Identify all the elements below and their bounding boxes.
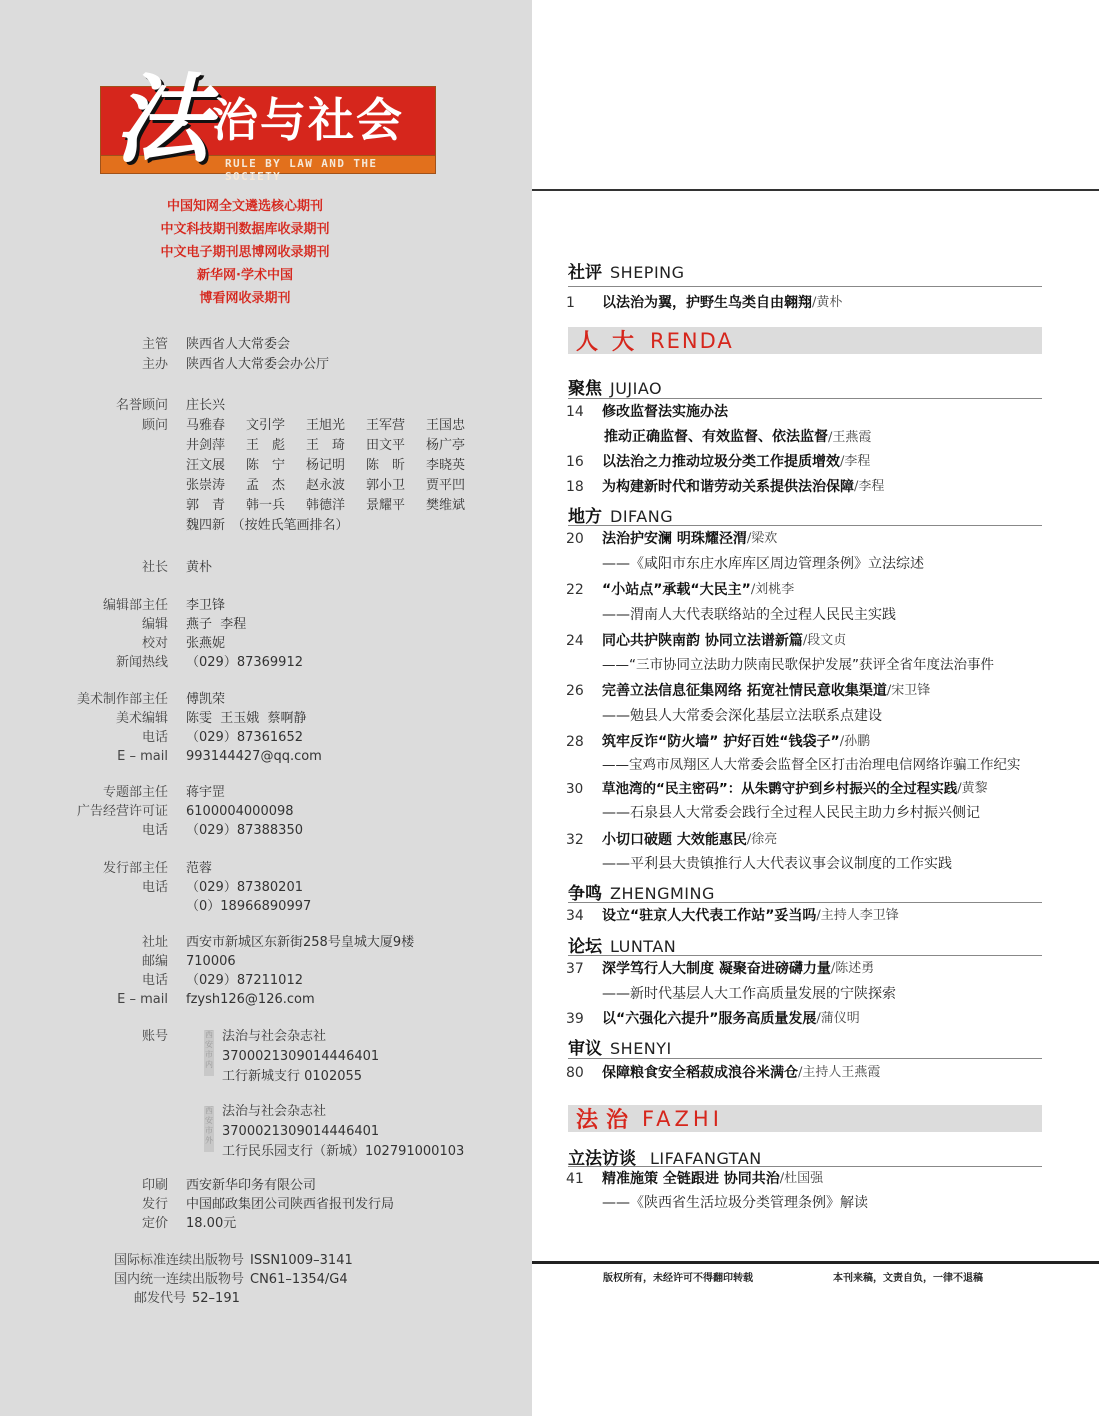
- toc-entry[interactable]: 39 以“六强化六提升”服务高质量发展 /蒲仪明: [566, 1008, 860, 1030]
- copyright-notice: 版权所有，未经许可不得翻印转载: [603, 1269, 753, 1284]
- section-divider: [568, 1166, 1042, 1167]
- indexing-list: 中国知网全文遴选核心期刊 中文科技期刊数据库收录期刊 中文电子期刊思博网收录期刊…: [140, 195, 350, 310]
- submission-notice: 本刊来稿，文责自负，一律不退稿: [833, 1269, 983, 1284]
- masthead-row-features-phone: 电话 （029）87388350: [0, 821, 303, 841]
- masthead-row-distribution-phone2: （0）18966890997: [0, 897, 311, 917]
- masthead-row-supervisor: 主管 陕西省人大常委会: [0, 335, 290, 355]
- masthead-row-distribution-director: 发行部主任 范蓉: [0, 859, 212, 879]
- indexing-item: 中国知网全文遴选核心期刊: [140, 195, 350, 218]
- advisor-note: 魏四新 （按姓氏笔画排名）: [186, 516, 486, 536]
- toc-entry[interactable]: 41 精准施策 全链跟进 协同共治 /杜国强: [566, 1168, 823, 1190]
- section-divider: [568, 955, 1042, 956]
- top-divider: [532, 189, 1099, 191]
- masthead-row-address: 社址 西安市新城区东新街258号皇城大厦9楼: [0, 933, 414, 953]
- masthead-row-news-hotline: 新闻热线 （029）87369912: [0, 653, 303, 673]
- section-divider: [568, 902, 1042, 903]
- masthead-row-distributor: 发行 中国邮政集团公司陕西省报刊发行局: [0, 1195, 394, 1215]
- toc-entry[interactable]: 22 “小站点”承载“大民主” /刘桃李: [566, 579, 794, 601]
- account-region-tag: 西安市外: [204, 1106, 214, 1152]
- masthead-row-editors: 编辑 燕子 李程: [0, 615, 246, 635]
- masthead-row-postcode: 邮编 710006: [0, 952, 236, 972]
- indexing-item: 新华网·学术中国: [140, 264, 350, 287]
- masthead-row-phone: 电话 （029）87211012: [0, 971, 303, 991]
- toc-entry-subtitle: ——勉县人大常委会深化基层立法联系点建设: [602, 705, 882, 727]
- toc-entry[interactable]: 1 以法治为翼，护野生鸟类自由翱翔 /黄朴: [566, 292, 842, 314]
- indexing-item: 博看网收录期刊: [140, 287, 350, 310]
- toc-entry-subtitle: ——宝鸡市凤翔区人大常委会监督全区打击治理电信网络诈骗工作纪实: [602, 754, 1021, 776]
- toc-entry[interactable]: 37 深学笃行人大制度 凝聚奋进磅礴力量 /陈述勇: [566, 958, 874, 980]
- logo-title: 治与社会: [212, 90, 404, 150]
- toc-entry[interactable]: 16 以法治之力推动垃圾分类工作提质增效 /李程: [566, 451, 870, 473]
- masthead-row-price: 定价 18.00元: [0, 1214, 236, 1234]
- masthead-row-art-email: E – mail 993144427@qq.com: [0, 747, 322, 767]
- account-item: 法治与社会杂志社 3700021309014446401 工行新城支行 0102…: [222, 1027, 379, 1087]
- logo-calligraphy-char: 法: [114, 72, 210, 168]
- masthead-row-president: 社长 黄朴: [0, 558, 212, 578]
- masthead-row-editorial-director: 编辑部主任 李卫锋: [0, 596, 225, 616]
- toc-entry[interactable]: 14 修改监督法实施办法: [566, 401, 728, 423]
- toc-entry[interactable]: 26 完善立法信息征集网络 拓宽社情民意收集渠道 /宋卫锋: [566, 680, 930, 702]
- toc-entry-subtitle: ——渭南人大代表联络站的全过程人民民主实践: [602, 604, 896, 626]
- indexing-item: 中文电子期刊思博网收录期刊: [140, 241, 350, 264]
- bottom-divider: [532, 1261, 1099, 1264]
- toc-entry[interactable]: 30 草池湾的“民主密码”：从朱鹮守护到乡村振兴的全过程实践 /黄黎: [566, 778, 988, 800]
- toc-entry-subtitle: ——石泉县人大常委会践行全过程人民民主助力乡村振兴侧记: [602, 802, 980, 824]
- section-divider: [568, 398, 1042, 399]
- toc-entry-subtitle: ——《咸阳市东庄水库库区周边管理条例》立法综述: [602, 553, 924, 575]
- toc-entry[interactable]: 24 同心共护陕南韵 协同立法谱新篇 /段文贞: [566, 630, 846, 652]
- masthead-row-accounts: 账号: [0, 1027, 186, 1047]
- masthead-row-proofreader: 校对 张燕妮: [0, 634, 225, 654]
- section-difang: 地方 DIFANG: [568, 502, 673, 527]
- toc-entry-subtitle: ——“三市协同立法助力陕南民歌保护发展”获评全省年度法治事件: [602, 654, 994, 676]
- masthead-row-distribution-phone: 电话 （029）87380201: [0, 878, 303, 898]
- toc-entry-subtitle: 推动正确监督、有效监督、依法监督/王燕霞: [604, 426, 871, 449]
- advisor-names: 马雅春 文引学 王旭光 王军营 王国忠 井剑萍 王 彪 王 琦 田文平 杨广亭 …: [186, 416, 486, 516]
- account-item: 法治与社会杂志社 3700021309014446401 工行民乐园支行（新城）…: [222, 1102, 464, 1162]
- masthead-row-email: E – mail fzysh126@126.com: [0, 990, 315, 1010]
- section-zhengming: 争鸣 ZHENGMING: [568, 879, 715, 904]
- masthead-row-art-editors: 美术编辑 陈雯 王玉娥 蔡啊静: [0, 709, 307, 729]
- toc-entry-subtitle: ——平利县大贵镇推行人大代表议事会议制度的工作实践: [602, 853, 952, 875]
- toc-entry[interactable]: 32 小切口破题 大效能惠民 /徐亮: [566, 829, 777, 851]
- section-luntan: 论坛 LUNTAN: [568, 932, 676, 957]
- toc-entry[interactable]: 28 筑牢反诈“防火墙” 护好百姓“钱袋子” /孙鹏: [566, 731, 870, 753]
- toc-entry[interactable]: 34 设立“驻京人大代表工作站”妥当吗 /主持人李卫锋: [566, 905, 899, 927]
- toc-entry-subtitle: ——新时代基层人大工作高质量发展的宁陕探索: [602, 983, 896, 1005]
- masthead-row-sponsor: 主办 陕西省人大常委会办公厅: [0, 355, 329, 375]
- masthead-row-cn: 国内统一连续出版物号 CN61–1354/G4: [0, 1270, 348, 1290]
- section-sheping: 社评 SHEPING: [568, 258, 685, 283]
- masthead-row-postal-code: 邮发代号 52–191: [0, 1289, 240, 1309]
- masthead-row-art-phone: 电话 （029）87361652: [0, 728, 303, 748]
- masthead-row-art-director: 美术制作部主任 傅凯荣: [0, 690, 225, 710]
- toc-entry[interactable]: 18 为构建新时代和谐劳动关系提供法治保障 /李程: [566, 476, 884, 498]
- section-jujiao: 聚焦 JUJIAO: [568, 374, 662, 399]
- toc-entry[interactable]: 20 法治护安澜 明珠耀泾渭 /梁欢: [566, 528, 777, 550]
- masthead-row-ad-license: 广告经营许可证 6100004000098: [0, 802, 294, 822]
- masthead-row-advisors: 顾问 马雅春 文引学 王旭光 王军营 王国忠 井剑萍 王 彪 王 琦 田文平 杨…: [0, 416, 486, 536]
- account-region-tag: 西安市内: [204, 1030, 214, 1076]
- masthead-row-issn: 国际标准连续出版物号 ISSN1009–3141: [0, 1251, 353, 1271]
- toc-entry[interactable]: 80 保障粮食安全稻菽成浪谷米满仓 /主持人王燕霞: [566, 1062, 880, 1084]
- band-renda: 人大 RENDA: [568, 327, 1042, 354]
- indexing-item: 中文科技期刊数据库收录期刊: [140, 218, 350, 241]
- masthead-row-features-director: 专题部主任 蒋宇罡: [0, 783, 225, 803]
- section-divider: [568, 525, 1042, 526]
- masthead-row-honorary-advisor: 名誉顾问 庄长兴: [0, 396, 225, 416]
- section-divider: [568, 1058, 1042, 1059]
- section-shenyi: 审议 SHENYI: [568, 1034, 672, 1059]
- magazine-logo: 法 治与社会 RULE BY LAW AND THE SOCIETY: [100, 86, 436, 174]
- section-divider: [568, 286, 1042, 287]
- band-fazhi: 法治 FAZHI: [568, 1105, 1042, 1132]
- logo-subtitle: RULE BY LAW AND THE SOCIETY: [225, 157, 436, 183]
- masthead-row-printer: 印刷 西安新华印务有限公司: [0, 1176, 316, 1196]
- toc-entry-subtitle: ——《陕西省生活垃圾分类管理条例》解读: [602, 1192, 868, 1214]
